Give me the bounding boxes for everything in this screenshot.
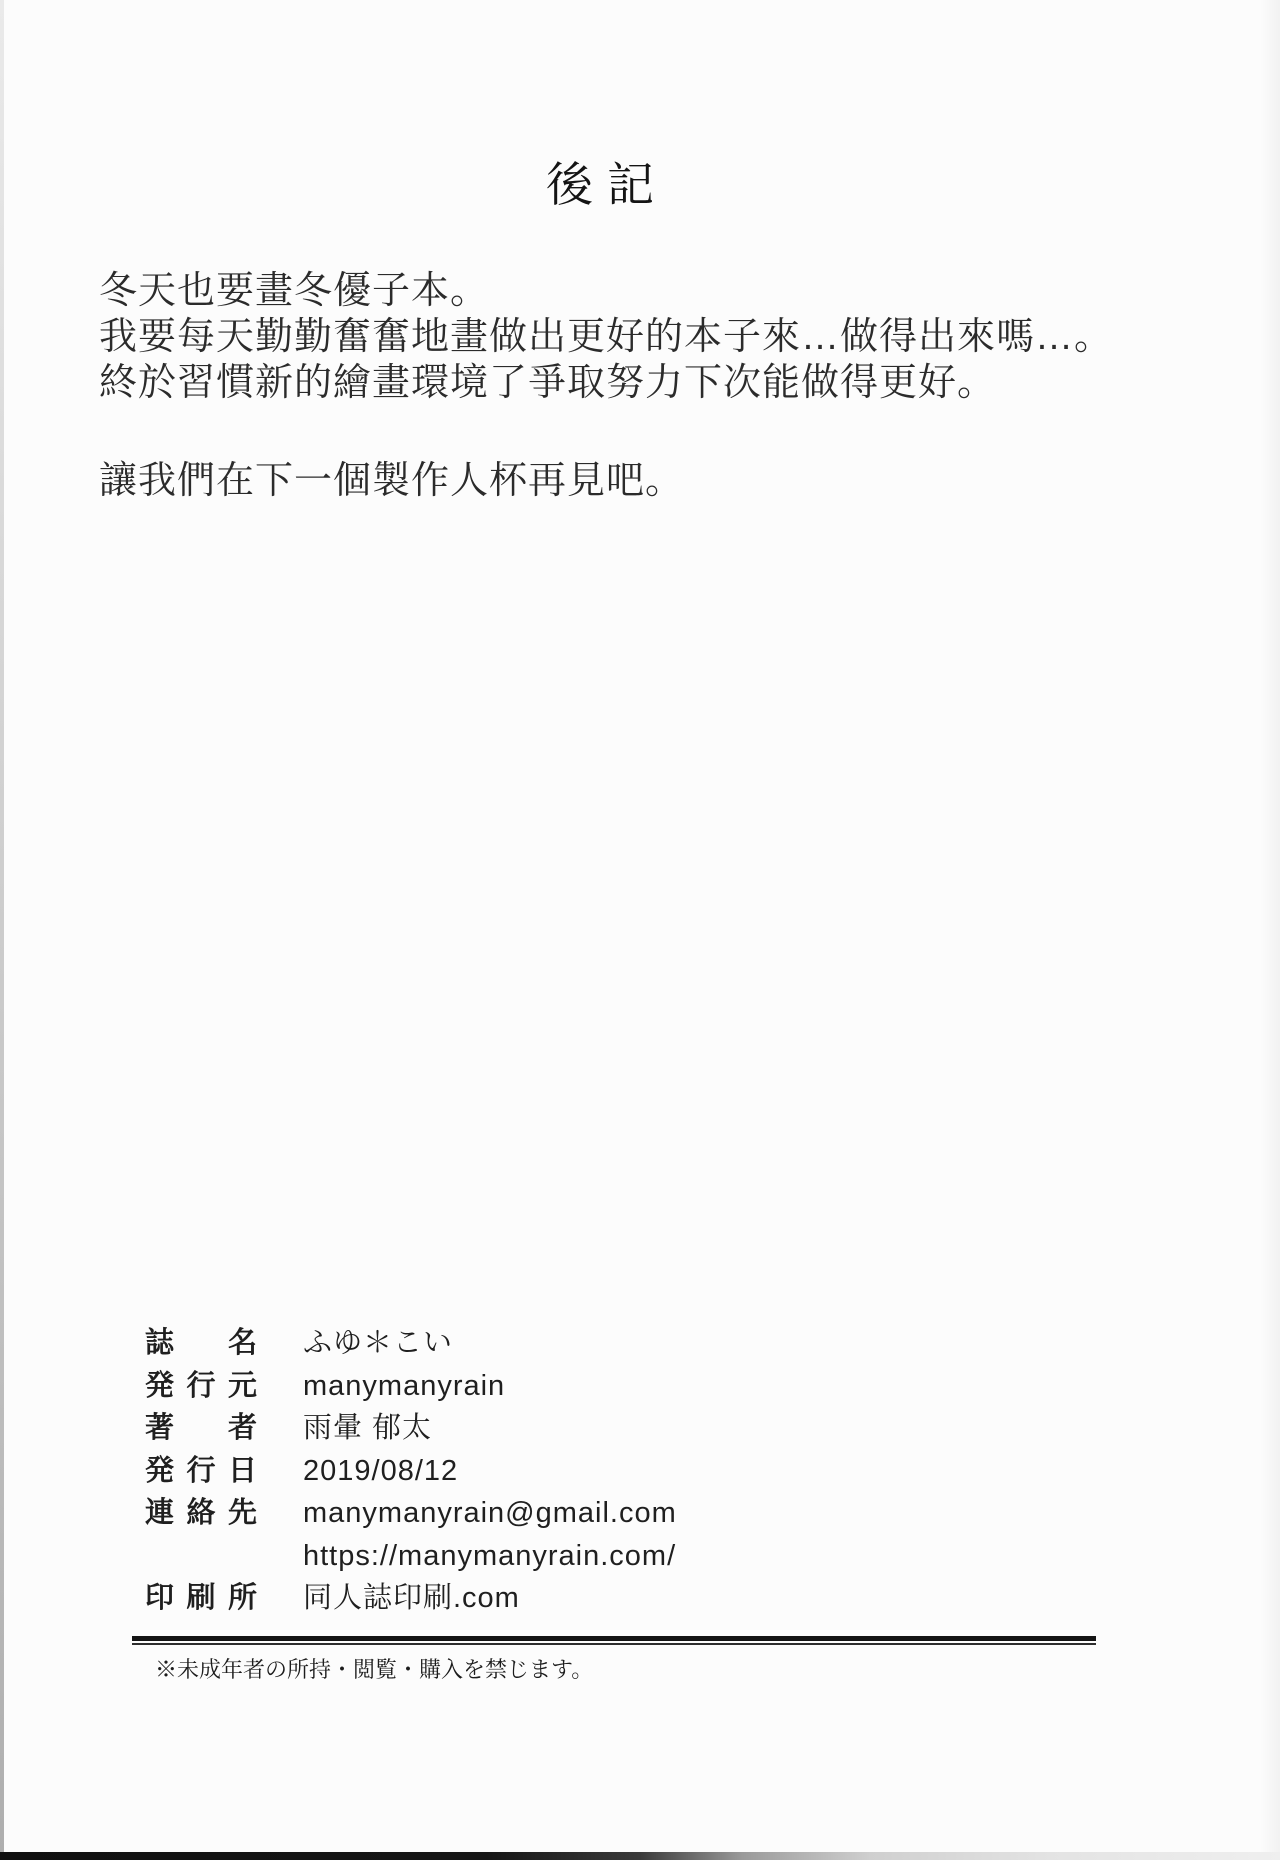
colophon-label: 著者 — [145, 1407, 257, 1450]
colophon-value: 同人誌印刷.com — [303, 1577, 520, 1620]
colophon-value: 2019/08/12 — [303, 1450, 458, 1493]
colophon-value: 雨暈 郁太 — [303, 1407, 432, 1450]
afterword-line: 冬天也要畫冬優子本。 — [99, 268, 1113, 314]
colophon-row-title: 誌名 ふゆ＊こい — [145, 1322, 677, 1365]
scanned-afterword-page: 後記 冬天也要畫冬優子本。 我要每天勤勤奮奮地畫做出更好的本子來…做得出來嗎…。… — [0, 0, 1280, 1860]
page-title: 後記 — [546, 160, 668, 212]
age-restriction-note: ※未成年者の所持・閲覧・購入を禁じます。 — [155, 1656, 593, 1686]
afterword-line: 我要每天勤勤奮奮地畫做出更好的本子來…做得出來嗎…。 — [99, 314, 1113, 360]
colophon-label: 発行日 — [145, 1450, 257, 1493]
colophon-row-publisher: 発行元 manymanyrain — [145, 1365, 677, 1408]
afterword-line: 終於習慣新的繪畫環境了爭取努力下次能做得更好。 — [99, 360, 1113, 406]
rule-bottom-line — [132, 1643, 1096, 1645]
scan-left-edge-shadow — [0, 0, 4, 1860]
colophon-label: 発行元 — [145, 1365, 257, 1408]
afterword-closing-line: 讓我們在下一個製作人杯再見吧。 — [99, 458, 1113, 504]
colophon-label: 連絡先 — [145, 1492, 257, 1535]
scan-right-edge-shadow — [1260, 0, 1280, 1860]
scan-bottom-edge-shadow — [0, 1852, 1280, 1860]
colophon-value: ふゆ＊こい — [303, 1322, 453, 1365]
colophon-value: manymanyrain@gmail.com — [303, 1492, 677, 1535]
double-horizontal-rule — [132, 1636, 1096, 1645]
colophon-value: https://manymanyrain.com/ — [303, 1535, 676, 1578]
afterword-text: 冬天也要畫冬優子本。 我要每天勤勤奮奮地畫做出更好的本子來…做得出來嗎…。 終於… — [99, 268, 1113, 504]
colophon-label: 印刷所 — [145, 1577, 257, 1620]
colophon-value: manymanyrain — [303, 1365, 505, 1408]
colophon-row-contact: 連絡先 manymanyrain@gmail.com — [145, 1492, 677, 1535]
colophon-row-issue-date: 発行日 2019/08/12 — [145, 1450, 677, 1493]
colophon-row-printer: 印刷所 同人誌印刷.com — [145, 1577, 677, 1620]
colophon: 誌名 ふゆ＊こい 発行元 manymanyrain 著者 雨暈 郁太 発行日 2… — [145, 1322, 677, 1620]
colophon-row-author: 著者 雨暈 郁太 — [145, 1407, 677, 1450]
colophon-row-website: https://manymanyrain.com/ — [145, 1535, 677, 1578]
colophon-label: 誌名 — [145, 1322, 257, 1365]
